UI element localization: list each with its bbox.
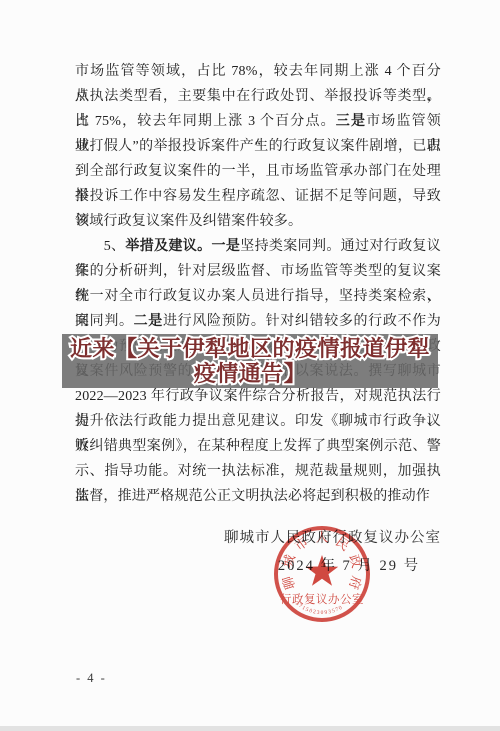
- body-line: 领域行政复议案件及纠错案件较多。: [75, 209, 441, 234]
- svg-text:聊: 聊: [280, 574, 298, 591]
- body-line: 示、指导功能。对统一执法标准，规范裁量规则，加强执法: [75, 459, 441, 484]
- headline-line-2: 疫情通告】: [194, 361, 307, 386]
- star-icon: [306, 555, 338, 586]
- headline-line-1: 近来【关于伊犁地区的疫情报道伊犁: [70, 336, 430, 361]
- body-line: 监督，推进严格规范公正文明执法必将起到积极的推动作用。: [75, 484, 441, 509]
- signature-office: 聊城市人民政府行政复议办公室: [75, 527, 441, 549]
- svg-text:政: 政: [346, 553, 364, 570]
- body-line: 市场监管等领域，占比 78%，较去年同期上涨 4 个百分点。: [75, 59, 441, 84]
- body-line: 比 75%，较去年同期上涨 3 个百分点。三是市场监管领域“职: [75, 109, 441, 134]
- body-line: 5、举措及建议。一是坚持类案同判。通过对行政复议案: [75, 234, 441, 259]
- document-page: 市场监管等领域，占比 78%，较去年同期上涨 4 个百分点。从执法类型看，主要集…: [0, 0, 500, 731]
- document-body: 市场监管等领域，占比 78%，较去年同期上涨 4 个百分点。从执法类型看，主要集…: [75, 59, 441, 509]
- seal-bottom-text: 行政复议办公室: [280, 592, 364, 606]
- svg-text:人: 人: [315, 529, 328, 544]
- body-line: 提升依法行政能力提出意见建议。印发《聊城市行政争议败: [75, 409, 441, 434]
- svg-text:城: 城: [280, 553, 298, 570]
- body-line: 报投诉工作中容易发生程序疏忽、证据不足等问题，导致该: [75, 184, 441, 209]
- body-line: 统一对全市行政复议办案人员进行指导，坚持类案检索、同: [75, 284, 441, 309]
- page-number: - 4 -: [76, 671, 107, 686]
- body-line: 到全部行政复议案件的一半，且市场监管承办部门在处理举: [75, 159, 441, 184]
- headline-overlay: 近来【关于伊犁地区的疫情报道伊犁 疫情通告】: [62, 334, 438, 388]
- scan-edge: [0, 726, 500, 731]
- body-line: 诉纠错典型案例》，在某种程度上发挥了典型案例示范、警: [75, 434, 441, 459]
- official-seal: 聊城市人民政府 行政复议办公室 3715023093570: [267, 519, 377, 629]
- body-line: 案同判。二是进行风险预防。针对纠错较多的行政不作为案: [75, 309, 441, 334]
- body-line: 件的分析研判，针对层级监督、市场监管等类型的复议案件，: [75, 259, 441, 284]
- svg-text:府: 府: [346, 574, 364, 591]
- body-line: 业打假人”的举报投诉案件产生的行政复议案件剧增，已占: [75, 134, 441, 159]
- body-line: 从执法类型看，主要集中在行政处罚、举报投诉等类型，占: [75, 84, 441, 109]
